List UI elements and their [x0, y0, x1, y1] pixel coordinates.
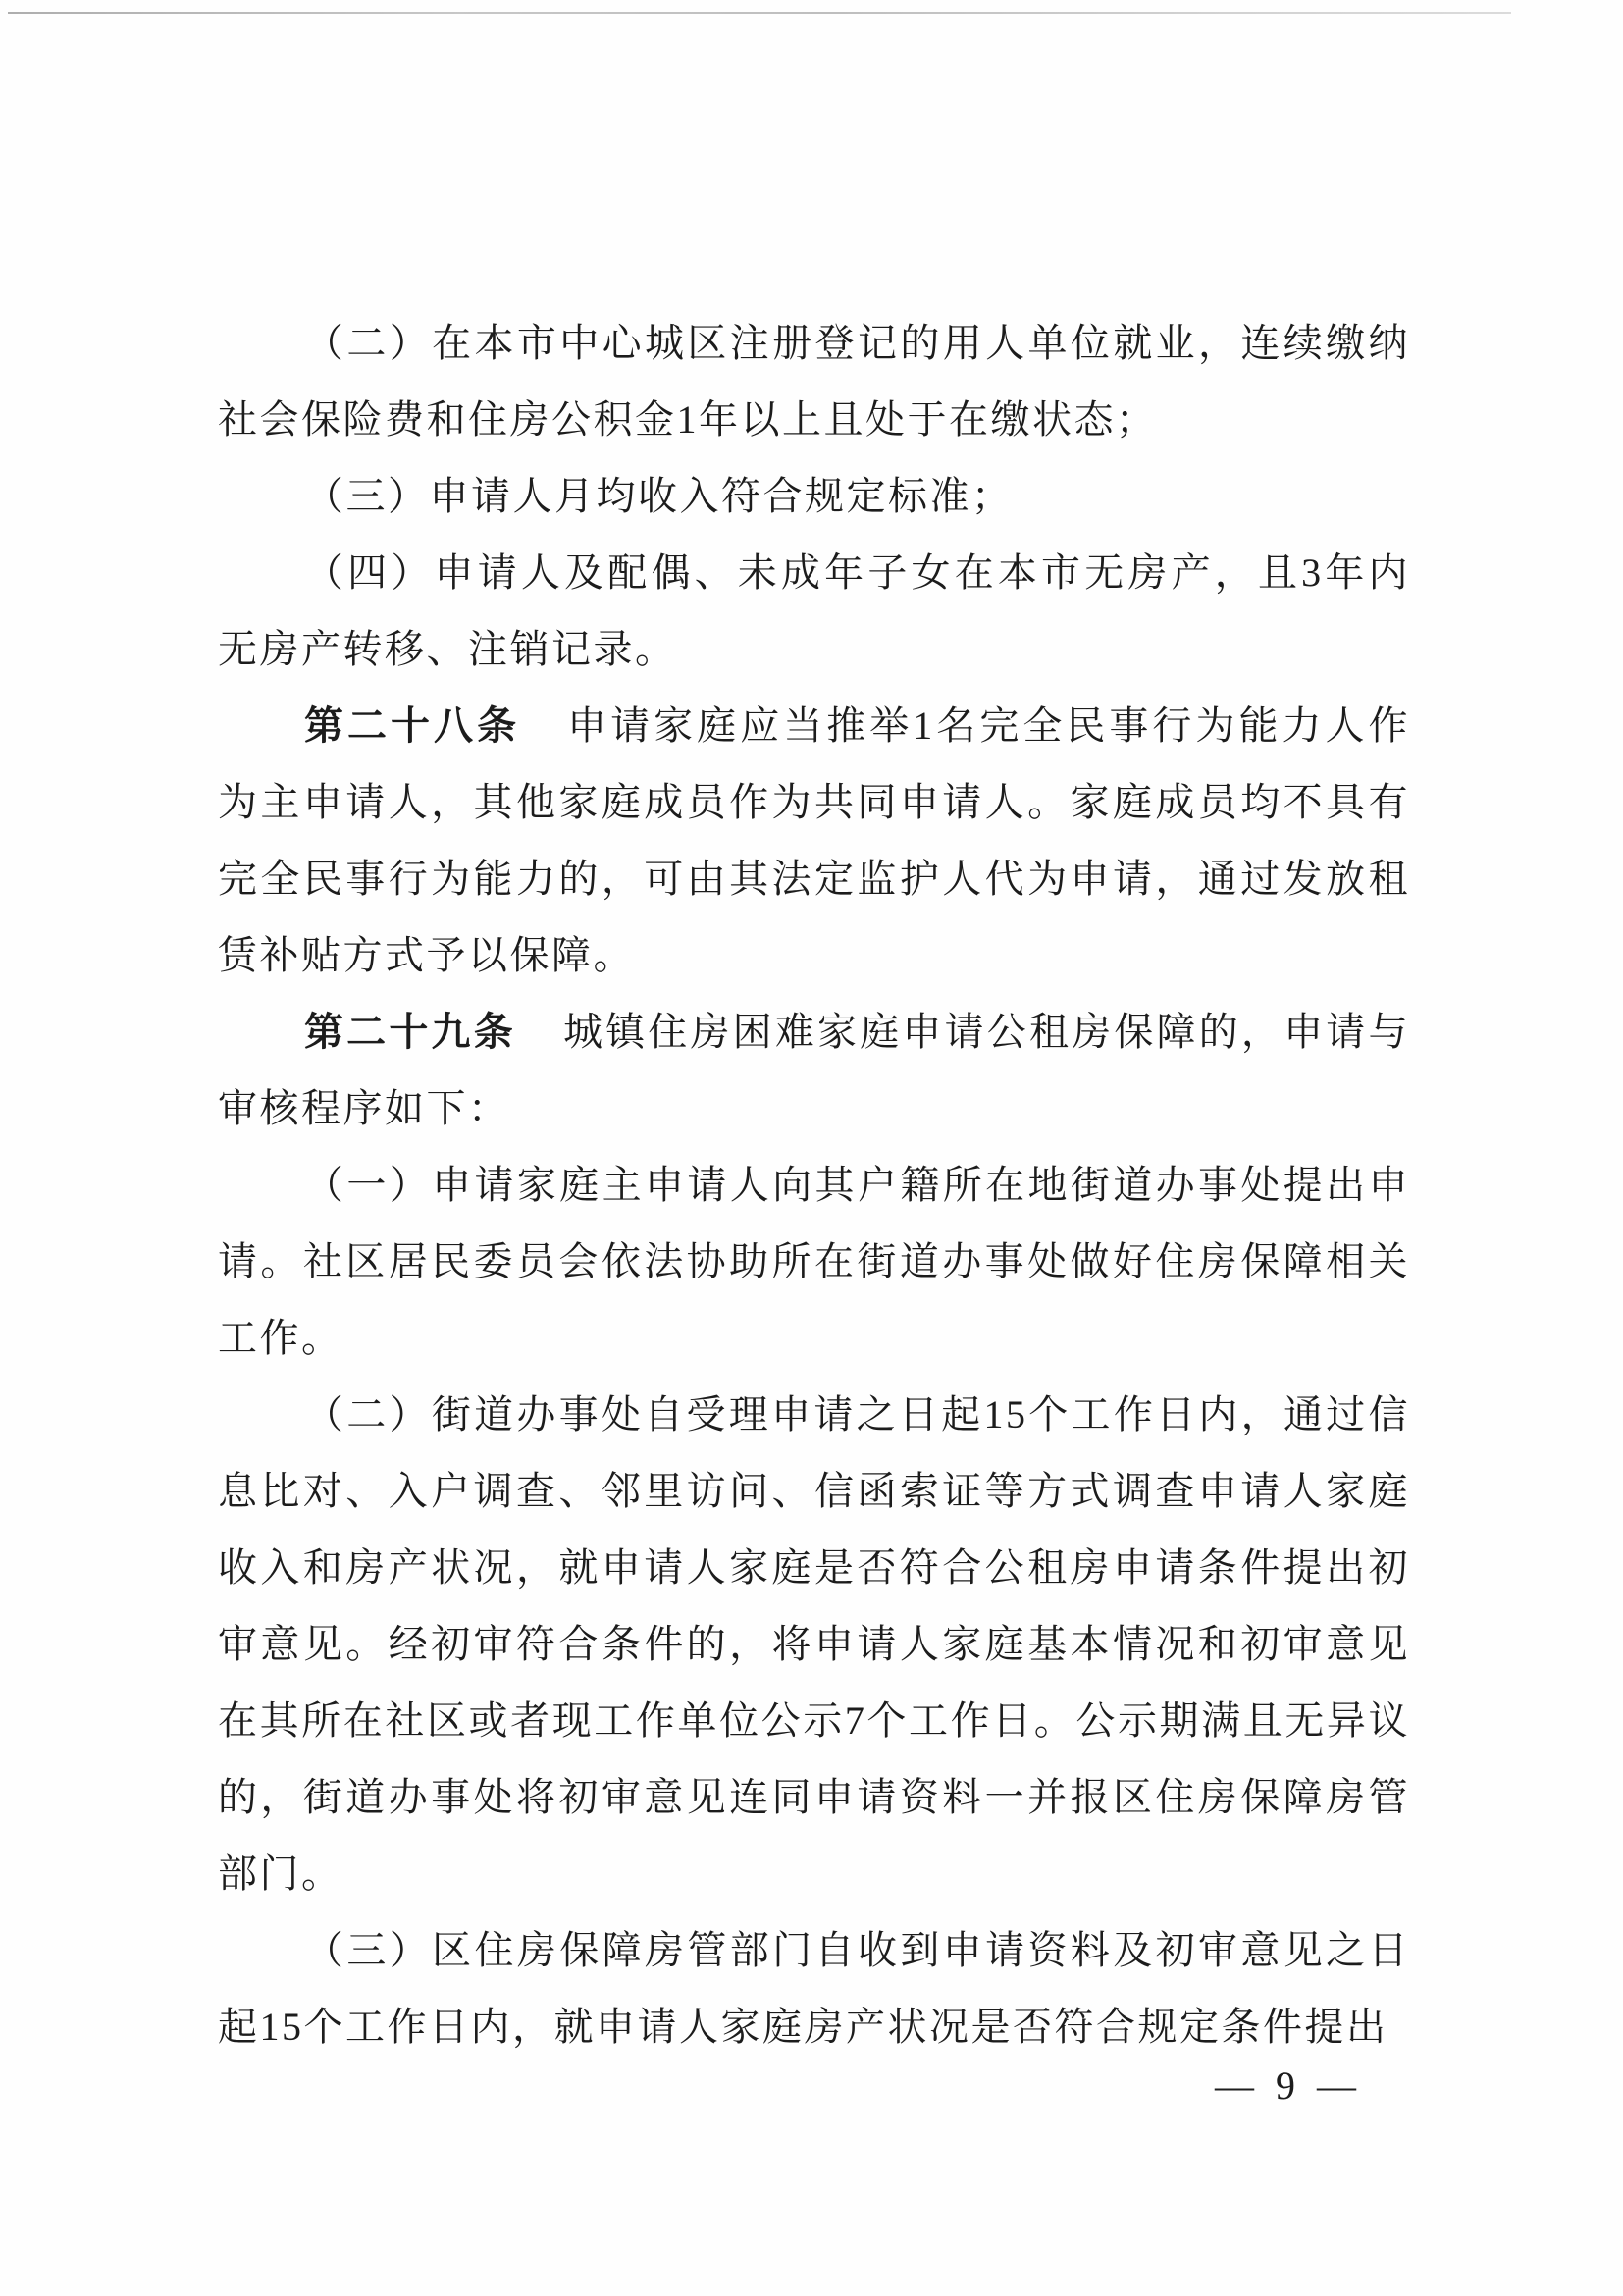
procedure-item-1-text: （一）申请家庭主申请人向其户籍所在地街道办事处提出申请。社区居民委员会依法协助所…: [218, 1163, 1410, 1360]
article-29-paragraph: 第二十九条城镇住房困难家庭申请公租房保障的，申请与审核程序如下：: [218, 994, 1410, 1147]
procedure-item-3-paragraph: （三）区住房保障房管部门自收到申请资料及初审意见之日起15个工作日内，就申请人家…: [218, 1912, 1410, 2065]
document-body: （二）在本市中心城区注册登记的用人单位就业，连续缴纳社会保险费和住房公积金1年以…: [218, 305, 1410, 2065]
procedure-item-2-text: （二）街道办事处自受理申请之日起15个工作日内，通过信息比对、入户调查、邻里访问…: [218, 1392, 1410, 1896]
procedure-item-3-text: （三）区住房保障房管部门自收到申请资料及初审意见之日起15个工作日内，就申请人家…: [218, 1928, 1410, 2049]
procedure-item-1-paragraph: （一）申请家庭主申请人向其户籍所在地街道办事处提出申请。社区居民委员会依法协助所…: [218, 1147, 1410, 1377]
clause-3-paragraph: （三）申请人月均收入符合规定标准；: [218, 458, 1410, 535]
article-28-number: 第二十八条: [304, 704, 520, 748]
page-number: — 9 —: [1215, 2066, 1362, 2106]
procedure-item-2-paragraph: （二）街道办事处自受理申请之日起15个工作日内，通过信息比对、入户调查、邻里访问…: [218, 1377, 1410, 1912]
scan-artifact-line: [8, 12, 1511, 14]
clause-4-paragraph: （四）申请人及配偶、未成年子女在本市无房产，且3年内无房产转移、注销记录。: [218, 535, 1410, 688]
clause-3-text: （三）申请人月均收入符合规定标准；: [304, 474, 1014, 518]
article-28-paragraph: 第二十八条申请家庭应当推举1名完全民事行为能力人作为主申请人，其他家庭成员作为共…: [218, 688, 1410, 994]
clause-2-text: （二）在本市中心城区注册登记的用人单位就业，连续缴纳社会保险费和住房公积金1年以…: [218, 321, 1410, 442]
article-29-number: 第二十九条: [304, 1011, 516, 1054]
clause-2-paragraph: （二）在本市中心城区注册登记的用人单位就业，连续缴纳社会保险费和住房公积金1年以…: [218, 305, 1410, 458]
document-page: （二）在本市中心城区注册登记的用人单位就业，连续缴纳社会保险费和住房公积金1年以…: [0, 0, 1623, 2296]
clause-4-text: （四）申请人及配偶、未成年子女在本市无房产，且3年内无房产转移、注销记录。: [218, 550, 1410, 671]
